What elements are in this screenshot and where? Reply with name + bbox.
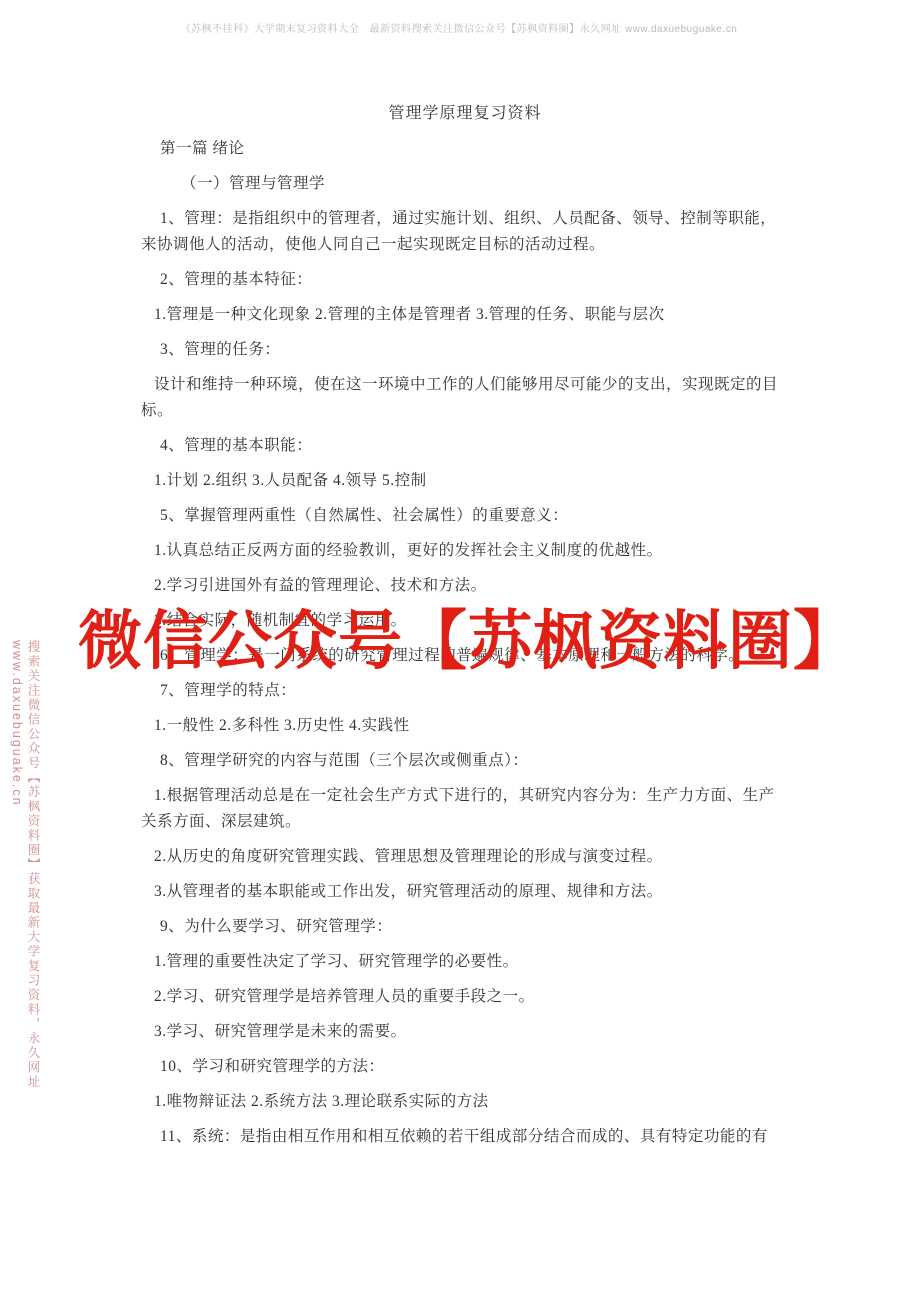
paragraph: 5、掌握管理两重性（自然属性、社会属性）的重要意义： [141, 503, 789, 529]
paragraph: 1.管理是一种文化现象 2.管理的主体是管理者 3.管理的任务、职能与层次 [141, 302, 789, 328]
paragraph-list: 第一篇 绪论（一）管理与管理学1、管理：是指组织中的管理者，通过实施计划、组织、… [141, 136, 789, 1150]
paragraph: 1.根据管理活动总是在一定社会生产方式下进行的，其研究内容分为：生产力方面、生产… [141, 783, 789, 835]
page-header-note: 《苏枫不挂科》大学期末复习资料大全 最新资料搜索关注微信公众号【苏枫资料圈】永久… [0, 20, 918, 35]
paragraph: 2.从历史的角度研究管理实践、管理思想及管理理论的形成与演变过程。 [141, 844, 789, 870]
paragraph: 3、管理的任务： [141, 337, 789, 363]
paragraph: 11、系统：是指由相互作用和相互依赖的若干组成部分结合而成的、具有特定功能的有 [141, 1124, 789, 1150]
paragraph: 9、为什么要学习、研究管理学： [141, 914, 789, 940]
page-title: 管理学原理复习资料 [141, 101, 789, 127]
paragraph: 1.一般性 2.多科性 3.历史性 4.实践性 [141, 713, 789, 739]
paragraph: 2.学习引进国外有益的管理理论、技术和方法。 [141, 573, 789, 599]
paragraph: 1.认真总结正反两方面的经验教训，更好的发挥社会主义制度的优越性。 [141, 538, 789, 564]
paragraph: 10、学习和研究管理学的方法： [141, 1054, 789, 1080]
paragraph: 3.从管理者的基本职能或工作出发，研究管理活动的原理、规律和方法。 [141, 879, 789, 905]
document-body: 管理学原理复习资料 第一篇 绪论（一）管理与管理学1、管理：是指组织中的管理者，… [141, 101, 789, 1159]
paragraph: 7、管理学的特点： [141, 678, 789, 704]
paragraph: 3.结合实际，随机制宜的学习运用。 [141, 608, 789, 634]
paragraph: 设计和维持一种环境，使在这一环境中工作的人们能够用尽可能少的支出，实现既定的目标… [141, 372, 789, 424]
paragraph: 2、管理的基本特征： [141, 267, 789, 293]
left-margin-vertical-note: 搜索关注微信公众号【苏枫资料圈】获取最新大学复习资料，永久网址 www.daxu… [10, 640, 42, 1090]
paragraph: 2.学习、研究管理学是培养管理人员的重要手段之一。 [141, 984, 789, 1010]
paragraph: 1.管理的重要性决定了学习、研究管理学的必要性。 [141, 949, 789, 975]
paragraph: 第一篇 绪论 [141, 136, 789, 162]
paragraph: 6、管理学：是一门系统的研究管理过程的普遍规律、基本原理和一般方法的科学。 [141, 643, 789, 669]
paragraph: 1.唯物辩证法 2.系统方法 3.理论联系实际的方法 [141, 1089, 789, 1115]
paragraph: 1.计划 2.组织 3.人员配备 4.领导 5.控制 [141, 468, 789, 494]
paragraph: 1、管理：是指组织中的管理者，通过实施计划、组织、人员配备、领导、控制等职能，来… [141, 206, 789, 258]
paragraph: 8、管理学研究的内容与范围（三个层次或侧重点）： [141, 748, 789, 774]
paragraph: 4、管理的基本职能： [141, 433, 789, 459]
paragraph: （一）管理与管理学 [141, 171, 789, 197]
paragraph: 3.学习、研究管理学是未来的需要。 [141, 1019, 789, 1045]
